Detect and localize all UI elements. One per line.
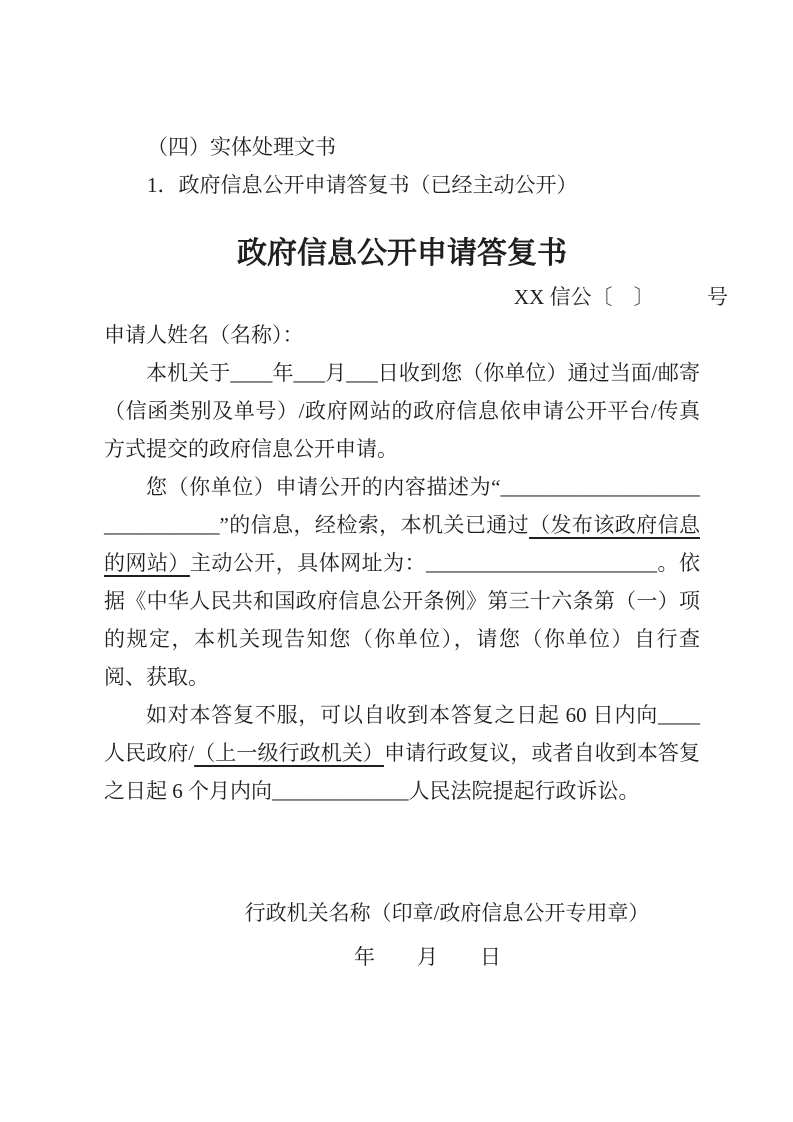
text-run: 如对本答复不服，可以自收到本答复之日起 60 日内向: [146, 703, 658, 727]
paragraph-legal-remedies: 如对本答复不服，可以自收到本答复之日起 60 日内向____人民政府/（上一级行…: [104, 696, 700, 810]
document-viewport: { "page": { "background": "#ffffff", "te…: [0, 0, 793, 1122]
text-run: 人民政府/: [104, 741, 194, 765]
signature-block: 行政机关名称（印章/政府信息公开专用章） 年 月 日: [104, 894, 700, 976]
applicant-name-label: 申请人姓名（名称）：: [104, 316, 700, 354]
item-heading: 1．政府信息公开申请答复书（已经主动公开）: [104, 166, 700, 204]
text-run: 主动公开，具体网址为：: [190, 551, 426, 575]
doc-number: XX 信公〔 〕 号: [104, 278, 728, 316]
body-paragraphs: 本机关于____年___月___日收到您（你单位）通过当面/邮寄（信函类别及单号…: [104, 354, 700, 810]
text-run: ”的信息，经检索，本机关已通过: [220, 513, 530, 537]
blank-field: _____________: [272, 779, 409, 803]
signature-org-line: 行政机关名称（印章/政府信息公开专用章）: [104, 894, 700, 932]
underlined-field: （上一级行政机关）: [194, 741, 384, 765]
paragraph-already-disclosed: 您（你单位）申请公开的内容描述为“_______________________…: [104, 468, 700, 696]
text-run: 人民法院提起行政诉讼。: [409, 779, 640, 803]
document-title: 政府信息公开申请答复书: [104, 230, 700, 278]
section-heading: （四）实体处理文书: [104, 128, 700, 166]
text-run: 您（你单位）申请公开的内容描述为“: [146, 475, 501, 499]
text-run: 本机关于____年___月___日收到您（你单位）通过当面/邮寄（信函类别及单号…: [104, 361, 700, 461]
blank-field: ____: [658, 703, 700, 727]
paragraph-receipt-method: 本机关于____年___月___日收到您（你单位）通过当面/邮寄（信函类别及单号…: [104, 354, 700, 468]
signature-date-line: 年 月 日: [104, 938, 700, 976]
blank-field: ______________________: [426, 551, 657, 575]
document-page: （四）实体处理文书 1．政府信息公开申请答复书（已经主动公开） 政府信息公开申请…: [0, 0, 793, 1122]
